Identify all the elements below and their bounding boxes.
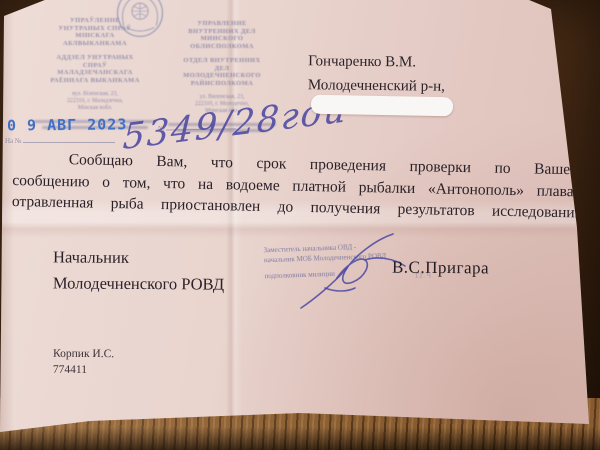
letterhead-text: МІНСКАГА (28, 32, 162, 40)
date-stamp: 0 9 АВГ 2023 (7, 115, 128, 134)
letterhead-text: УНУТРАНЫХ СПРАЎ (28, 25, 162, 33)
redaction-bar (311, 95, 453, 116)
letterhead-text: МОЛОДЕЧНЕНСКОГО (160, 72, 284, 80)
letterhead-text: РАЁННАГА ВЫКАНКАМА (28, 77, 162, 85)
executor-phone: 774411 (53, 362, 114, 378)
letterhead-text: СПРАЎ (28, 62, 162, 70)
signer-name: В.С.Пригара (392, 258, 489, 279)
letter-paper: УПРАЎЛЕННЕ УНУТРАНЫХ СПРАЎ МІНСКАГА АБЛВ… (0, 0, 600, 450)
letterhead-text: ДЕЛ (160, 65, 284, 73)
letterhead-text: ВНУТРЕННИХ ДЕЛ (160, 28, 284, 36)
letterhead-text: РАЙИСПОЛКОМА (160, 80, 284, 88)
letterhead-text: УПРАВЛЕНИЕ (160, 20, 284, 28)
photo-of-document: УПРАЎЛЕННЕ УНУТРАНЫХ СПРАЎ МІНСКАГА АБЛВ… (0, 0, 600, 450)
letterhead-text: АДДЗЕЛ УНУТРАНЫХ (28, 54, 162, 62)
reference-line: На № (5, 137, 115, 145)
letterhead-text: АБЛВЫКАНКАМА (28, 40, 162, 48)
letterhead-text: МИНСКОГО (160, 35, 284, 43)
letterhead-text: УПРАЎЛЕННЕ (28, 17, 162, 25)
letterhead-left-column: УПРАЎЛЕННЕ УНУТРАНЫХ СПРАЎ МІНСКАГА АБЛВ… (28, 17, 162, 129)
letterhead-text: ОТДЕЛ ВНУТРЕННИХ (160, 57, 284, 65)
letterhead-text: ОБЛИСПОЛКОМА (160, 43, 284, 51)
recipient-block: Гончаренко В.М. Молодечненский р-н, (308, 49, 446, 98)
recipient-name: Гончаренко В.М. (308, 49, 445, 74)
letterhead-text: МАЛАДЗЕЧАНСКАГА (28, 69, 162, 77)
executor-block: Корпик И.С. 774411 (53, 346, 114, 378)
executor-name: Корпик И.С. (53, 346, 114, 362)
signer-position: Начальник Молодечненского РОВД (53, 244, 225, 297)
letterhead-address: вул. Віленская, 23, 222310, г. Маладзечн… (28, 91, 162, 111)
letter-body: Сообщаю Вам, что срок проведения проверк… (12, 148, 588, 224)
